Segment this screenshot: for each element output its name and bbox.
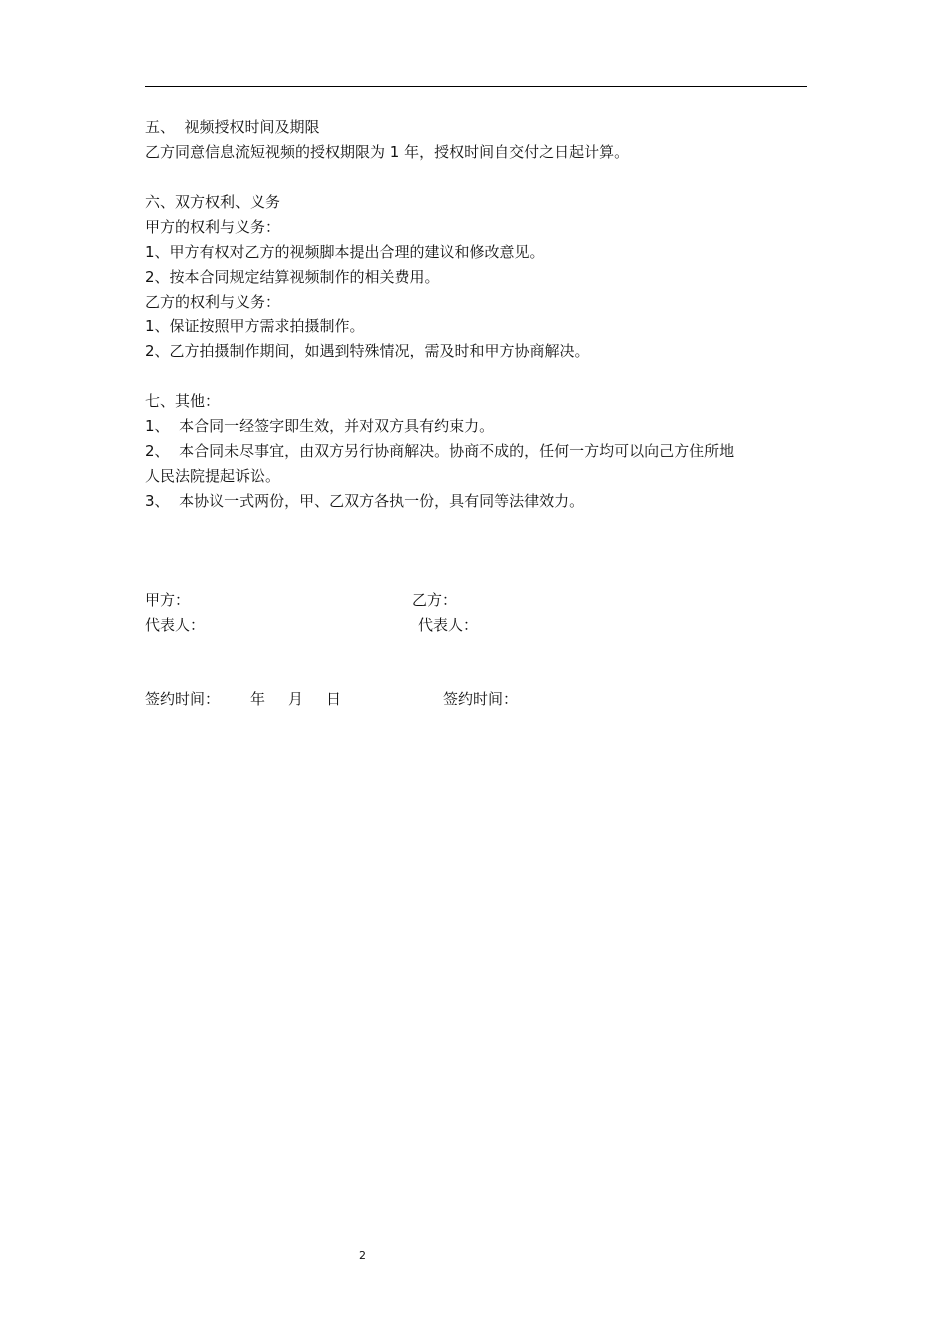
section5-heading: 五、 视频授权时间及期限 <box>145 117 320 137</box>
section7-item-2-cont: 人民法院提起诉讼。 <box>145 466 280 486</box>
date-a-year: 年 <box>250 689 265 709</box>
page-number: 2 <box>359 1249 366 1263</box>
rep-b-label: 代表人： <box>418 615 478 635</box>
section6-heading: 六、双方权利、义务 <box>145 192 280 212</box>
party-a-item-1: 1、甲方有权对乙方的视频脚本提出合理的建议和修改意见。 <box>145 242 545 262</box>
date-b-label: 签约时间： <box>443 689 518 709</box>
party-b-item-2: 2、乙方拍摄制作期间，如遇到特殊情况，需及时和甲方协商解决。 <box>145 341 590 361</box>
date-a-month: 月 <box>288 689 303 709</box>
party-b-rights-title: 乙方的权利与义务： <box>145 292 280 312</box>
section5-body: 乙方同意信息流短视频的授权期限为 1 年，授权时间自交付之日起计算。 <box>145 142 629 162</box>
section7-item-2: 2、 本合同未尽事宜，由双方另行协商解决。协商不成的，任何一方均可以向己方住所地 <box>145 441 734 461</box>
date-a-day: 日 <box>326 689 341 709</box>
party-a-item-2: 2、按本合同规定结算视频制作的相关费用。 <box>145 267 440 287</box>
header-rule <box>145 86 807 87</box>
party-a-label: 甲方： <box>145 590 190 610</box>
rep-a-label: 代表人： <box>145 615 205 635</box>
section7-item-3: 3、 本协议一式两份，甲、乙双方各执一份，具有同等法律效力。 <box>145 491 584 511</box>
date-a-label: 签约时间： <box>145 689 220 709</box>
party-a-rights-title: 甲方的权利与义务： <box>145 217 280 237</box>
document-page: 五、 视频授权时间及期限 乙方同意信息流短视频的授权期限为 1 年，授权时间自交… <box>0 0 950 1344</box>
section7-item-1: 1、 本合同一经签字即生效，并对双方具有约束力。 <box>145 416 494 436</box>
party-b-label: 乙方： <box>412 590 457 610</box>
section7-heading: 七、其他： <box>145 391 220 411</box>
party-b-item-1: 1、保证按照甲方需求拍摄制作。 <box>145 316 365 336</box>
